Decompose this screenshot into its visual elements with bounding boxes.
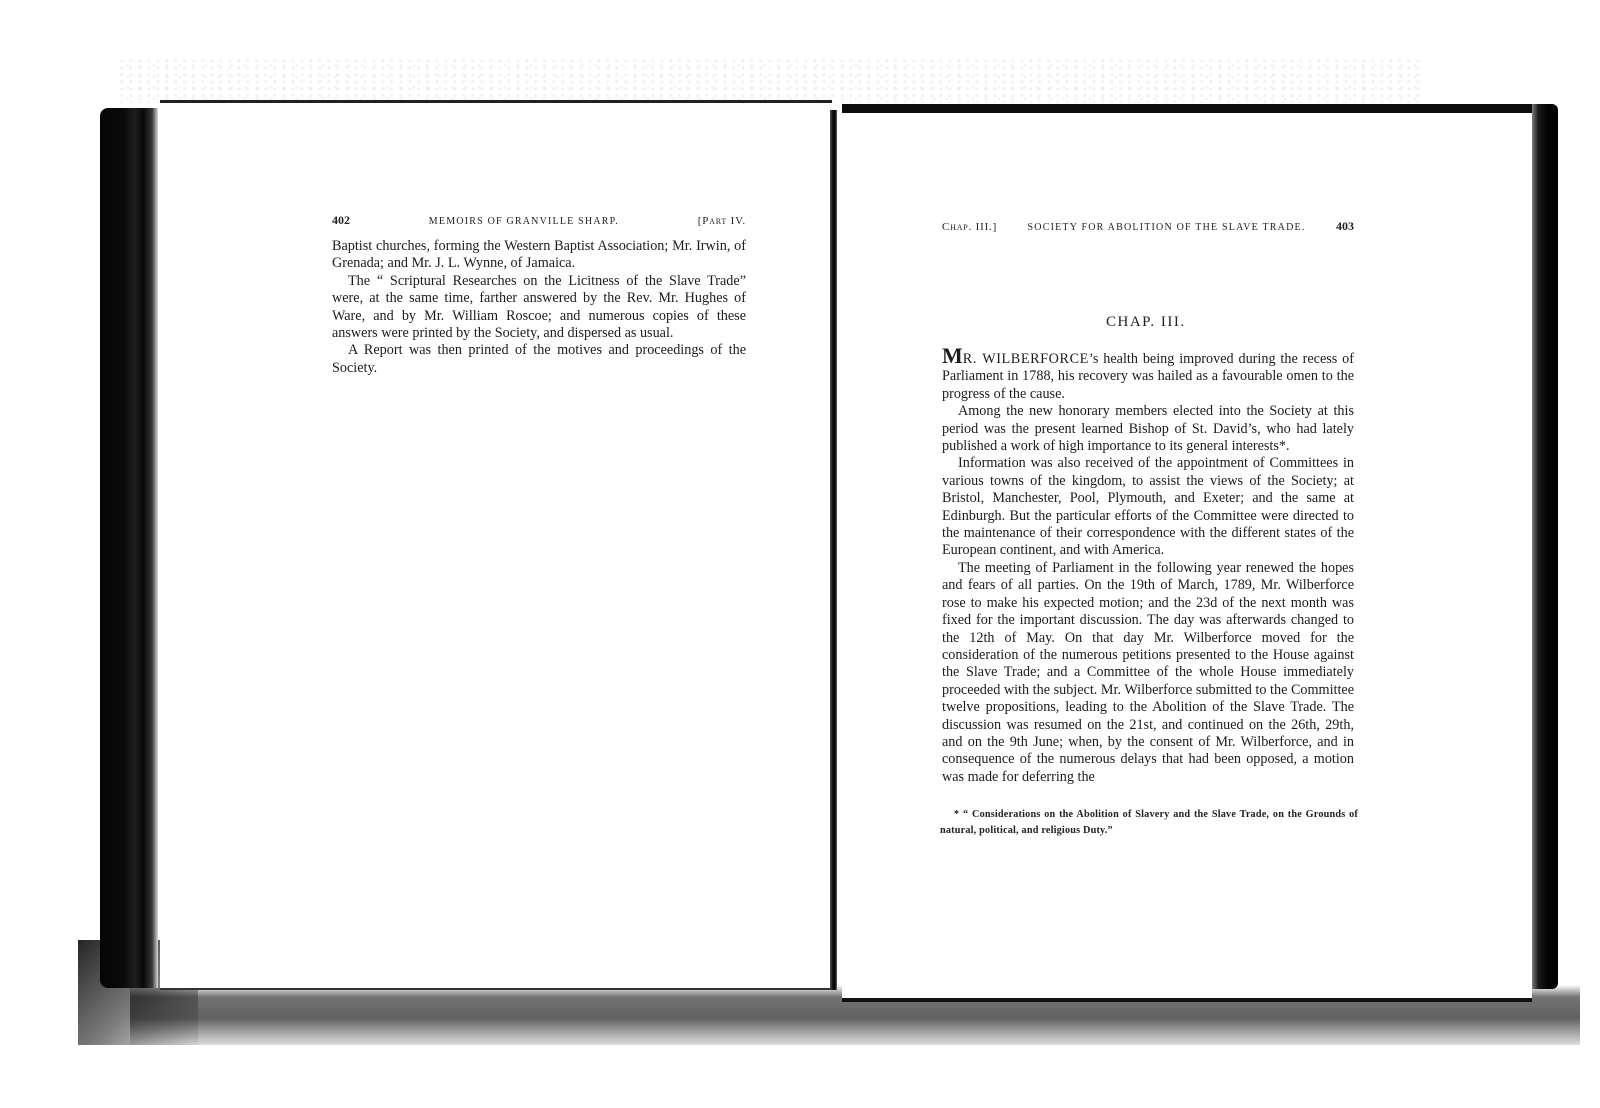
- left-page-body: Baptist churches, forming the Western Ba…: [332, 238, 746, 377]
- paragraph: The “ Scriptural Researches on the Licit…: [332, 273, 746, 343]
- paragraph: Baptist churches, forming the Western Ba…: [332, 238, 746, 273]
- running-title-right: SOCIETY FOR ABOLITION OF THE SLAVE TRADE…: [1028, 222, 1306, 233]
- book-cover-edge-left: [100, 108, 158, 988]
- caps-lead: R. WILBERFORCE: [963, 351, 1089, 367]
- section-label-left: [Part IV.: [698, 215, 746, 227]
- page-number-right: 403: [1336, 219, 1354, 234]
- right-running-head: Chap. III.] SOCIETY FOR ABOLITION OF THE…: [942, 219, 1354, 234]
- paragraph: Information was also received of the app…: [942, 455, 1354, 559]
- paragraph: The meeting of Parliament in the followi…: [942, 560, 1354, 786]
- chapter-heading: CHAP. III.: [1106, 314, 1186, 331]
- scan-noise-top: [120, 58, 1420, 103]
- chapter-label-right: Chap. III.]: [942, 221, 997, 233]
- paragraph: A Report was then printed of the motives…: [332, 342, 746, 377]
- right-page-body: MR. WILBERFORCE’s health being improved …: [942, 349, 1354, 786]
- footnote-text: * “ Considerations on the Abolition of S…: [940, 807, 1358, 839]
- book-cover-edge-right: [1530, 104, 1558, 989]
- footnote: * “ Considerations on the Abolition of S…: [940, 807, 1358, 839]
- left-running-head: 402 MEMOIRS OF GRANVILLE SHARP. [Part IV…: [332, 213, 746, 228]
- page-number-left: 402: [332, 213, 350, 228]
- paragraph-opening: MR. WILBERFORCE’s health being improved …: [942, 349, 1354, 403]
- book-gutter: [830, 110, 837, 990]
- drop-cap: M: [942, 343, 963, 368]
- paragraph: Among the new honorary members elected i…: [942, 403, 1354, 455]
- running-title-left: MEMOIRS OF GRANVILLE SHARP.: [429, 216, 619, 227]
- left-page: [160, 100, 832, 990]
